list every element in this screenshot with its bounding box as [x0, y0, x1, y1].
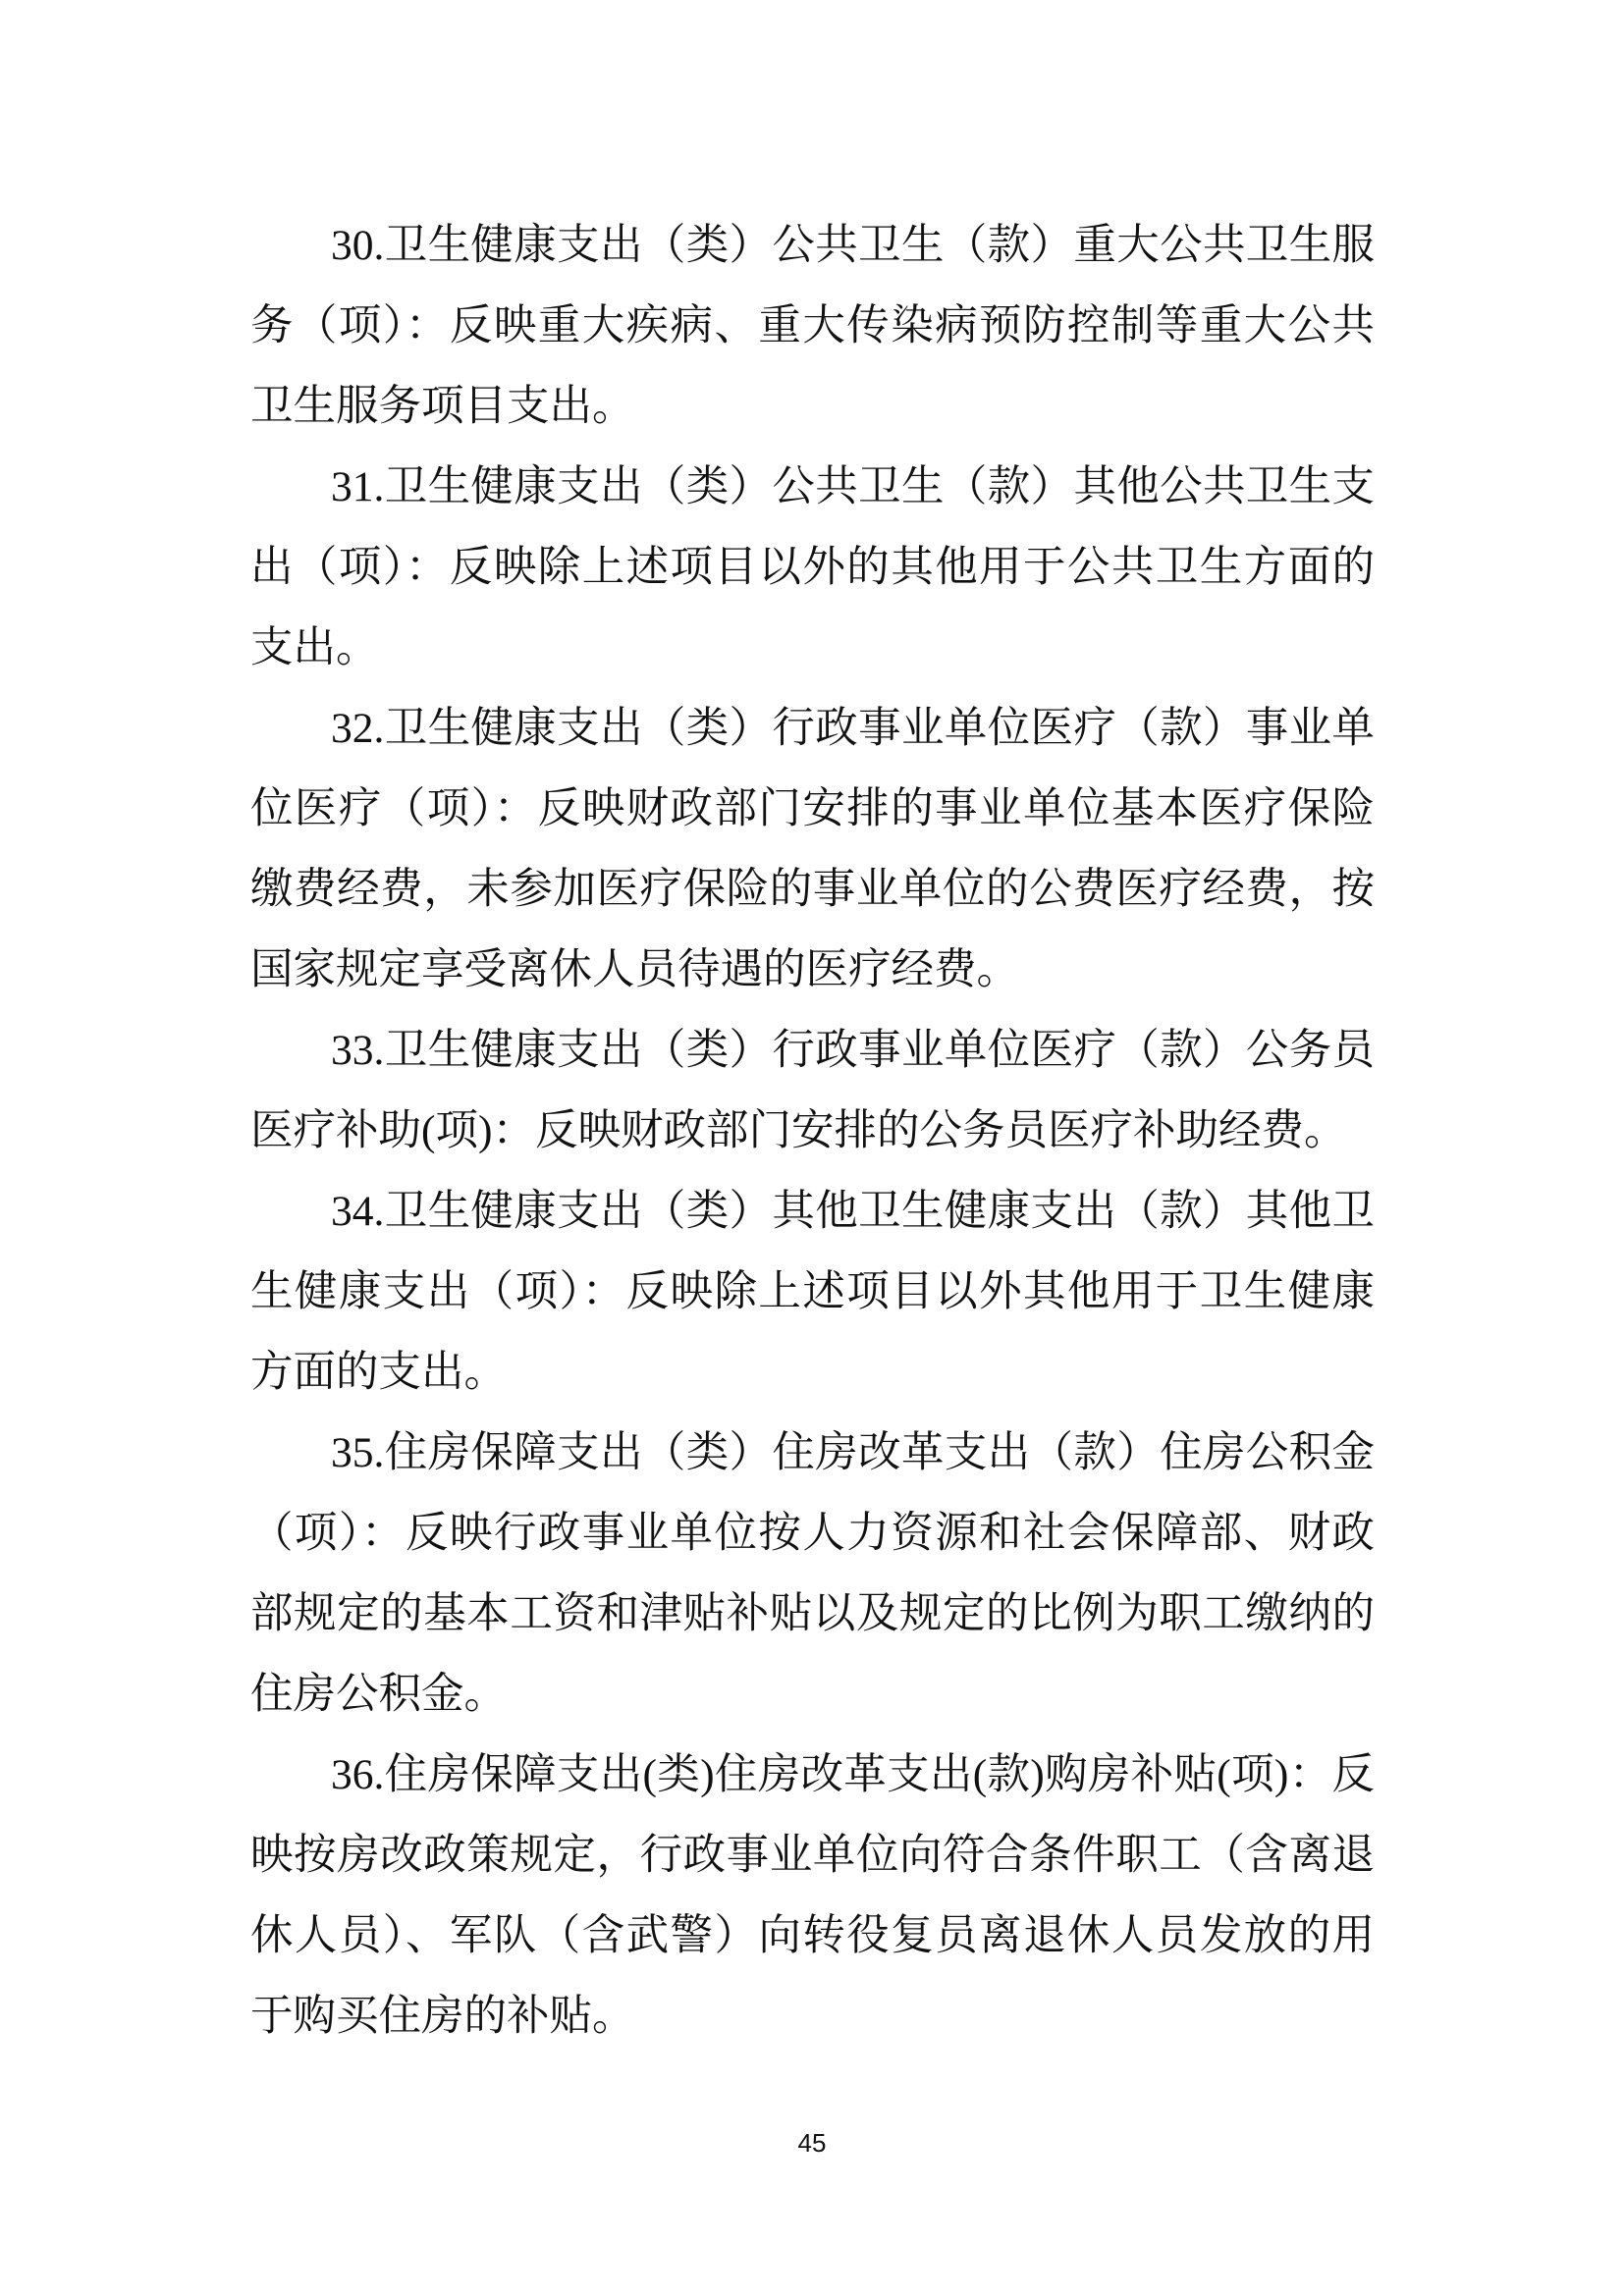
paragraph-item-32: 32.卫生健康支出（类）行政事业单位医疗（款）事业单位医疗（项）：反映财政部门安… — [250, 688, 1375, 1010]
paragraph-item-31: 31.卫生健康支出（类）公共卫生（款）其他公共卫生支出（项）：反映除上述项目以外… — [250, 447, 1375, 688]
paragraph-item-36: 36.住房保障支出(类)住房改革支出(款)购房补贴(项)：反映按房改政策规定，行… — [250, 1735, 1375, 2056]
document-page: 30.卫生健康支出（类）公共卫生（款）重大公共卫生服务（项）：反映重大疾病、重大… — [0, 0, 1624, 2296]
paragraph-item-33: 33.卫生健康支出（类）行政事业单位医疗（款）公务员医疗补助(项)：反映财政部门… — [250, 1010, 1375, 1171]
paragraph-item-30: 30.卫生健康支出（类）公共卫生（款）重大公共卫生服务（项）：反映重大疾病、重大… — [250, 205, 1375, 447]
paragraph-item-34: 34.卫生健康支出（类）其他卫生健康支出（款）其他卫生健康支出（项）：反映除上述… — [250, 1171, 1375, 1413]
body-text: 30.卫生健康支出（类）公共卫生（款）重大公共卫生服务（项）：反映重大疾病、重大… — [250, 205, 1375, 2056]
paragraph-item-35: 35.住房保障支出（类）住房改革支出（款）住房公积金（项）：反映行政事业单位按人… — [250, 1413, 1375, 1735]
page-number: 45 — [0, 2130, 1624, 2156]
